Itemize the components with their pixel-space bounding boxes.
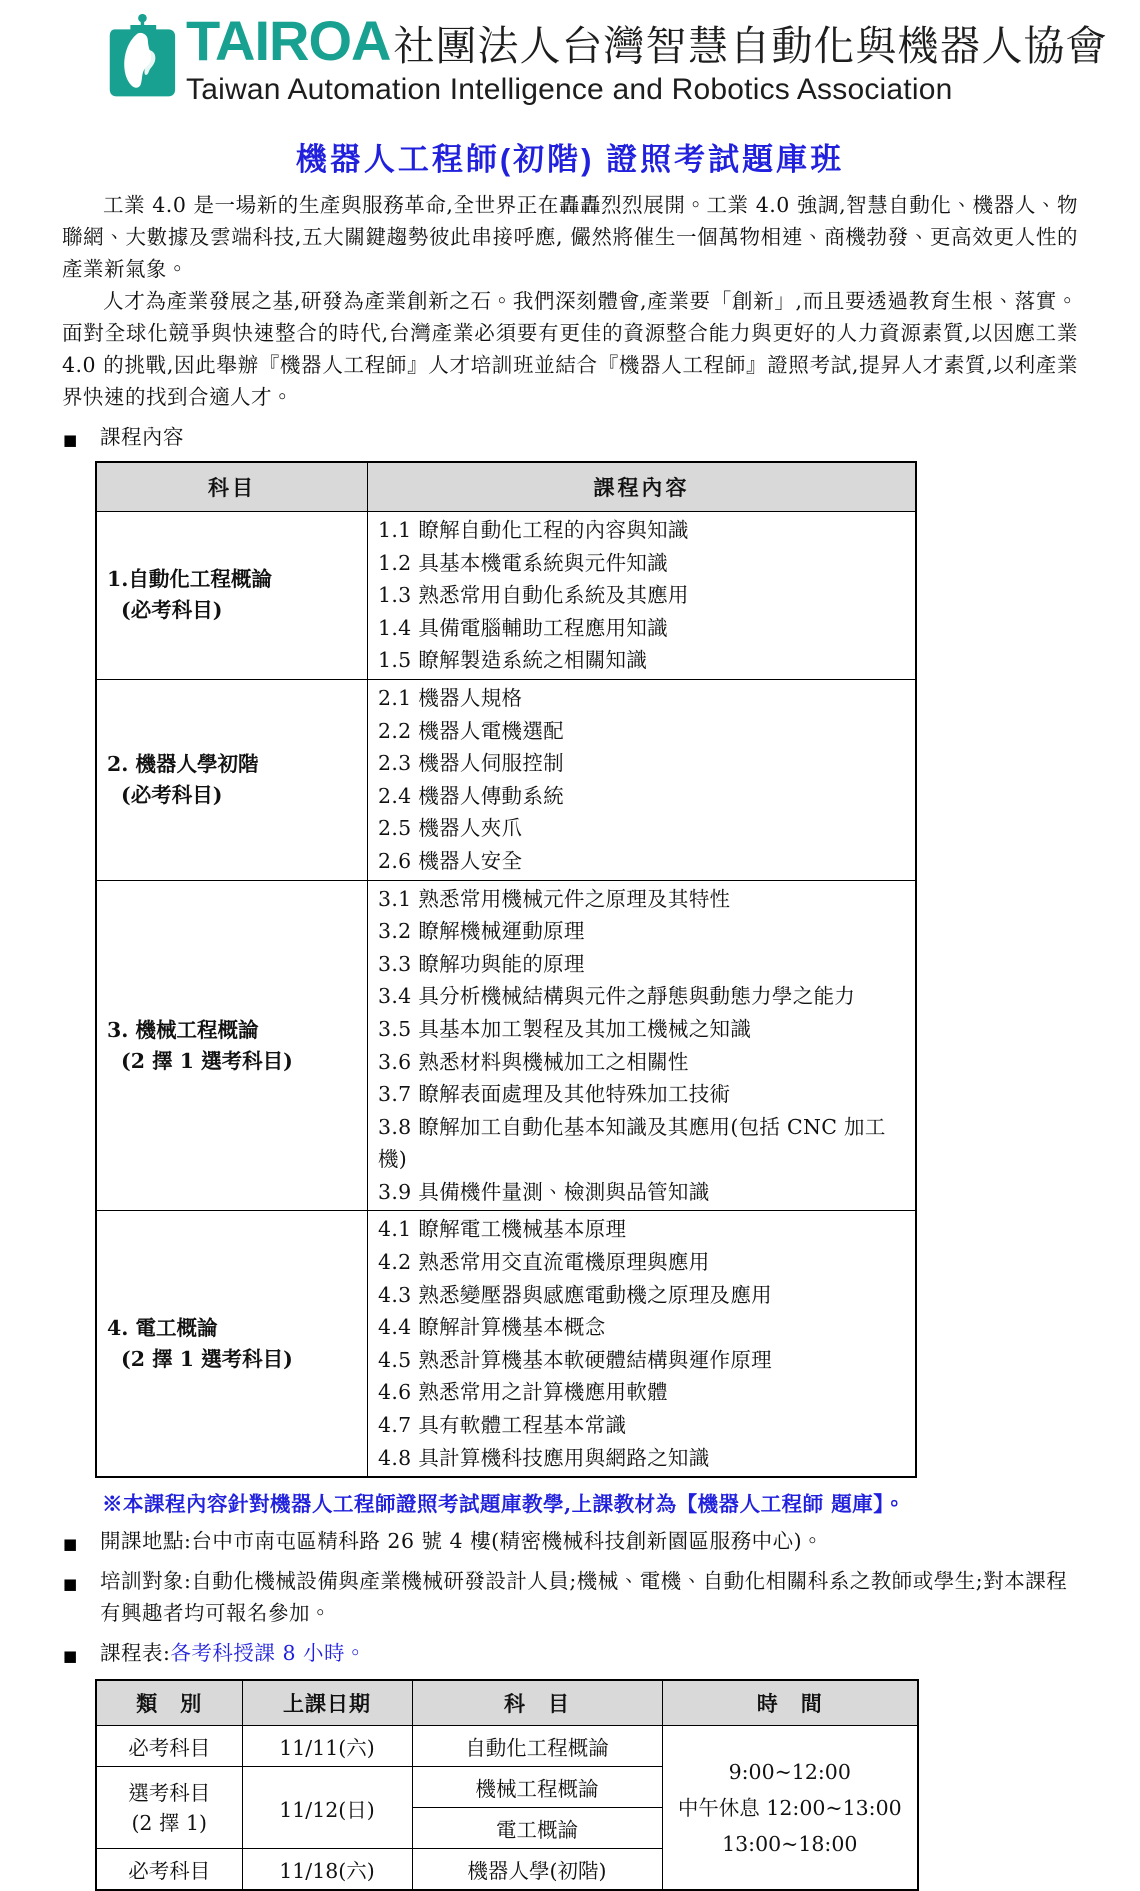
schedule-col-date: 上課日期 [242, 1680, 412, 1726]
brand-name: TAIROA [186, 12, 391, 71]
course-table-row: 3. 機械工程概論(2 擇 1 選考科目)3.1 熟悉常用機械元件之原理及其特性… [96, 880, 916, 1211]
schedule-table: 類 別 上課日期 科 目 時 間 必考科目 11/11(六) 自動化工程概論 9… [95, 1679, 919, 1891]
course-content-heading: ■ 課程內容 [62, 421, 1078, 453]
schedule-col-time: 時 間 [662, 1680, 918, 1726]
course-subject: 1.自動化工程概論 [107, 564, 363, 595]
course-table-head: 科目 課程內容 [96, 462, 916, 512]
schedule-time-line: 13:00~18:00 [664, 1826, 917, 1862]
schedule-table-head: 類 別 上課日期 科 目 時 間 [96, 1680, 918, 1726]
square-bullet-icon: ■ [63, 1640, 78, 1672]
course-table-header-row: 科目 課程內容 [96, 462, 916, 512]
course-subject: 4. 電工概論 [107, 1313, 363, 1344]
schedule-row: 必考科目 11/11(六) 自動化工程概論 9:00~12:00 中午休息 12… [96, 1726, 918, 1767]
schedule-date: 11/11(六) [242, 1726, 412, 1767]
course-item: 3.4 具分析機械結構與元件之靜態與動態力學之能力 [378, 980, 909, 1013]
schedule-category: 必考科目 [96, 1849, 242, 1891]
course-item: 4.2 熟悉常用交直流電機原理與應用 [378, 1246, 909, 1279]
course-item: 3.8 瞭解加工自動化基本知識及其應用(包括 CNC 加工機) [378, 1111, 909, 1176]
course-items-cell: 3.1 熟悉常用機械元件之原理及其特性3.2 瞭解機械運動原理3.3 瞭解功與能… [368, 880, 917, 1211]
course-table-row: 4. 電工概論(2 擇 1 選考科目)4.1 瞭解電工機械基本原理4.2 熟悉常… [96, 1211, 916, 1477]
course-item: 3.3 瞭解功與能的原理 [378, 948, 909, 981]
header: TAIROA社團法人台灣智慧自動化與機器人協會 Taiwan Automatio… [0, 0, 1140, 112]
course-item: 4.1 瞭解電工機械基本原理 [378, 1213, 909, 1246]
course-subject-cell: 3. 機械工程概論(2 擇 1 選考科目) [96, 880, 368, 1211]
course-item: 4.5 熟悉計算機基本軟硬體結構與運作原理 [378, 1344, 909, 1377]
course-item: 1.5 瞭解製造系統之相關知識 [378, 644, 909, 677]
schedule-col-category: 類 別 [96, 1680, 242, 1726]
course-item: 3.2 瞭解機械運動原理 [378, 915, 909, 948]
audience-bullet: ■ 培訓對象:自動化機械設備與產業機械研發設計人員;機械、電機、自動化相關科系之… [62, 1565, 1078, 1629]
schedule-subject: 機器人學(初階) [412, 1849, 662, 1891]
course-subject-cell: 2. 機器人學初階(必考科目) [96, 679, 368, 880]
course-subject-note: (2 擇 1 選考科目) [107, 1046, 363, 1077]
course-item: 2.1 機器人規格 [378, 682, 909, 715]
schedule-subject: 自動化工程概論 [412, 1726, 662, 1767]
course-subject-cell: 4. 電工概論(2 擇 1 選考科目) [96, 1211, 368, 1477]
square-bullet-icon: ■ [63, 424, 78, 456]
course-subject-note: (必考科目) [107, 780, 363, 811]
course-item: 2.5 機器人夾爪 [378, 812, 909, 845]
course-item: 2.2 機器人電機選配 [378, 715, 909, 748]
schedule-date: 11/12(日) [242, 1767, 412, 1849]
course-item: 1.2 具基本機電系統與元件知識 [378, 547, 909, 580]
audience-text: 培訓對象:自動化機械設備與產業機械研發設計人員;機械、電機、自動化相關科系之教師… [100, 1569, 1067, 1625]
course-item: 1.1 瞭解自動化工程的內容與知識 [378, 514, 909, 547]
course-item: 1.3 熟悉常用自動化系統及其應用 [378, 579, 909, 612]
course-subject: 2. 機器人學初階 [107, 749, 363, 780]
schedule-table-body: 必考科目 11/11(六) 自動化工程概論 9:00~12:00 中午休息 12… [96, 1726, 918, 1891]
schedule-category: 選考科目 (2 擇 1) [96, 1767, 242, 1849]
course-item: 4.4 瞭解計算機基本概念 [378, 1311, 909, 1344]
course-items-cell: 2.1 機器人規格2.2 機器人電機選配2.3 機器人伺服控制2.4 機器人傳動… [368, 679, 917, 880]
document-page: TAIROA社團法人台灣智慧自動化與機器人協會 Taiwan Automatio… [0, 0, 1140, 1891]
course-item: 2.4 機器人傳動系統 [378, 780, 909, 813]
course-col-content-header: 課程內容 [368, 462, 917, 512]
course-col-subject-header: 科目 [96, 462, 368, 512]
course-table-row: 2. 機器人學初階(必考科目)2.1 機器人規格2.2 機器人電機選配2.3 機… [96, 679, 916, 880]
schedule-category-line: 選考科目 [98, 1778, 241, 1808]
course-item: 3.5 具基本加工製程及其加工機械之知識 [378, 1013, 909, 1046]
schedule-category-line: (2 擇 1) [98, 1808, 241, 1838]
schedule-subject: 機械工程概論 [412, 1767, 662, 1808]
course-item: 4.3 熟悉變壓器與感應電動機之原理及應用 [378, 1279, 909, 1312]
course-item: 3.9 具備機件量測、檢測與品管知識 [378, 1176, 909, 1209]
course-subject-cell: 1.自動化工程概論(必考科目) [96, 512, 368, 680]
schedule-date: 11/18(六) [242, 1849, 412, 1891]
course-note: ※本課程內容針對機器人工程師證照考試題庫教學,上課教材為【機器人工程師 題庫】。 [102, 1487, 1078, 1517]
course-item: 3.6 熟悉材料與機械加工之相關性 [378, 1046, 909, 1079]
org-name-en: Taiwan Automation Intelligence and Robot… [186, 73, 1108, 107]
course-item: 1.4 具備電腦輔助工程應用知識 [378, 612, 909, 645]
schedule-category: 必考科目 [96, 1726, 242, 1767]
course-subject-note: (必考科目) [107, 595, 363, 626]
schedule-heading-note: 各考科授課 8 小時。 [170, 1641, 366, 1665]
content: 工業 4.0 是一場新的生產與服務革命,全世界正在轟轟烈烈展開。工業 4.0 強… [0, 189, 1140, 1891]
page-title: 機器人工程師(初階) 證照考試題庫班 [0, 134, 1140, 179]
intro-paragraph: 人才為產業發展之基,研發為產業創新之石。我們深刻體會,產業要「創新」,而且要透過… [62, 285, 1078, 413]
schedule-time-cell: 9:00~12:00 中午休息 12:00~13:00 13:00~18:00 [662, 1726, 918, 1891]
tairoa-logo-icon [96, 12, 182, 112]
course-table-body: 1.自動化工程概論(必考科目)1.1 瞭解自動化工程的內容與知識1.2 具基本機… [96, 512, 916, 1478]
course-content-heading-label: 課程內容 [100, 425, 184, 449]
brand-top-line: TAIROA社團法人台灣智慧自動化與機器人協會 [186, 12, 1108, 72]
course-subject: 3. 機械工程概論 [107, 1015, 363, 1046]
schedule-header-row: 類 別 上課日期 科 目 時 間 [96, 1680, 918, 1726]
course-item: 2.6 機器人安全 [378, 845, 909, 878]
course-subject-note: (2 擇 1 選考科目) [107, 1344, 363, 1375]
course-items-cell: 4.1 瞭解電工機械基本原理4.2 熟悉常用交直流電機原理與應用4.3 熟悉變壓… [368, 1211, 917, 1477]
course-item: 4.6 熟悉常用之計算機應用軟體 [378, 1376, 909, 1409]
schedule-col-subject: 科 目 [412, 1680, 662, 1726]
location-bullet: ■ 開課地點:台中市南屯區精科路 26 號 4 樓(精密機械科技創新園區服務中心… [62, 1525, 1078, 1557]
schedule-time-line: 中午休息 12:00~13:00 [664, 1790, 917, 1826]
org-name-zh: 社團法人台灣智慧自動化與機器人協會 [394, 13, 1108, 72]
course-items-cell: 1.1 瞭解自動化工程的內容與知識1.2 具基本機電系統與元件知識1.3 熟悉常… [368, 512, 917, 680]
square-bullet-icon: ■ [63, 1568, 78, 1600]
schedule-time-line: 9:00~12:00 [664, 1754, 917, 1790]
square-bullet-icon: ■ [63, 1528, 78, 1560]
course-table-row: 1.自動化工程概論(必考科目)1.1 瞭解自動化工程的內容與知識1.2 具基本機… [96, 512, 916, 680]
schedule-heading-prefix: 課程表: [100, 1641, 170, 1665]
course-item: 4.7 具有軟體工程基本常識 [378, 1409, 909, 1442]
course-item: 3.7 瞭解表面處理及其他特殊加工技術 [378, 1078, 909, 1111]
course-item: 2.3 機器人伺服控制 [378, 747, 909, 780]
intro-paragraph: 工業 4.0 是一場新的生產與服務革命,全世界正在轟轟烈烈展開。工業 4.0 強… [62, 189, 1078, 285]
course-table: 科目 課程內容 1.自動化工程概論(必考科目)1.1 瞭解自動化工程的內容與知識… [95, 461, 917, 1478]
course-item: 3.1 熟悉常用機械元件之原理及其特性 [378, 883, 909, 916]
schedule-subject: 電工概論 [412, 1808, 662, 1849]
schedule-heading: ■ 課程表:各考科授課 8 小時。 [62, 1637, 1078, 1669]
brand-block: TAIROA社團法人台灣智慧自動化與機器人協會 Taiwan Automatio… [186, 12, 1108, 107]
course-item: 4.8 具計算機科技應用與網路之知識 [378, 1442, 909, 1475]
location-text: 開課地點:台中市南屯區精科路 26 號 4 樓(精密機械科技創新園區服務中心)。 [100, 1529, 823, 1553]
